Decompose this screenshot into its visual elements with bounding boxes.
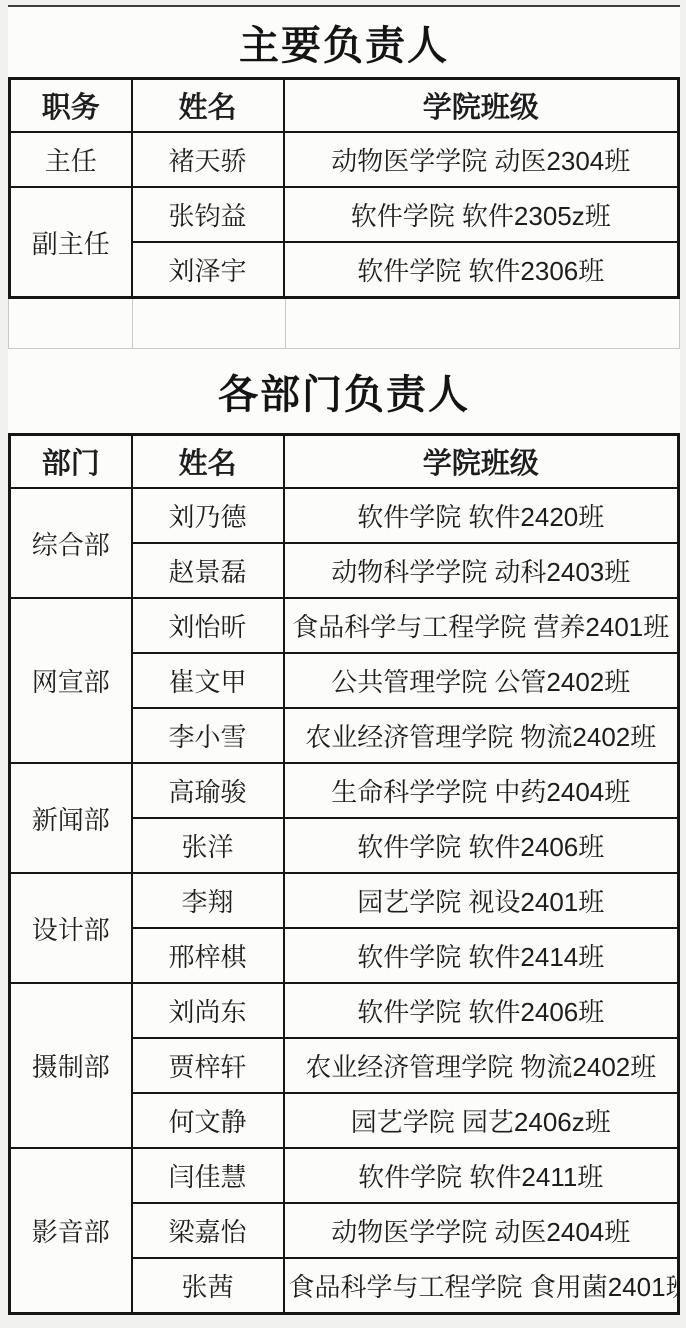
college-class-cell: 动物科学学院 动科2403班 (284, 543, 679, 598)
name-cell: 刘泽宇 (132, 242, 284, 298)
table-row: 综合部 刘乃德 软件学院 软件2420班 (10, 488, 679, 543)
college-class-cell: 园艺学院 园艺2406z班 (284, 1093, 679, 1148)
college-class-cell: 农业经济管理学院 物流2402班 (284, 708, 679, 763)
table-row: 摄制部 刘尚东 软件学院 软件2406班 (10, 983, 679, 1038)
table-row: 副主任 张钧益 软件学院 软件2305z班 (10, 187, 679, 242)
main-table-title: 主要负责人 (8, 7, 680, 77)
name-cell: 崔文甲 (132, 653, 284, 708)
name-cell: 梁嘉怡 (132, 1203, 284, 1258)
column-header-name: 姓名 (132, 79, 284, 133)
college-class-cell: 软件学院 软件2306班 (284, 242, 679, 298)
college-class-cell: 动物医学学院 动医2304班 (284, 132, 679, 187)
department-cell: 影音部 (10, 1148, 132, 1314)
name-cell: 高瑜骏 (132, 763, 284, 818)
table-row: 新闻部 高瑜骏 生命科学学院 中药2404班 (10, 763, 679, 818)
table-row: 主任 褚天骄 动物医学学院 动医2304班 (10, 132, 679, 187)
table-row: 网宣部 刘怡昕 食品科学与工程学院 营养2401班 (10, 598, 679, 653)
college-class-cell: 公共管理学院 公管2402班 (284, 653, 679, 708)
name-cell: 张钧益 (132, 187, 284, 242)
main-table-header-row: 职务 姓名 学院班级 (10, 79, 679, 133)
name-cell: 何文静 (132, 1093, 284, 1148)
college-class-cell: 软件学院 软件2406班 (284, 818, 679, 873)
college-class-cell: 软件学院 软件2406班 (284, 983, 679, 1038)
department-table-title: 各部门负责人 (8, 349, 680, 433)
column-header-role: 职务 (10, 79, 132, 133)
name-cell: 贾梓轩 (132, 1038, 284, 1093)
name-cell: 张洋 (132, 818, 284, 873)
department-cell: 新闻部 (10, 763, 132, 873)
name-cell: 邢梓棋 (132, 928, 284, 983)
department-cell: 网宣部 (10, 598, 132, 763)
name-cell: 李小雪 (132, 708, 284, 763)
department-table: 部门 姓名 学院班级 综合部 刘乃德 软件学院 软件2420班 赵景磊 动物科学… (8, 433, 680, 1315)
name-cell: 闫佳慧 (132, 1148, 284, 1203)
name-cell: 褚天骄 (132, 132, 284, 187)
college-class-cell: 软件学院 软件2420班 (284, 488, 679, 543)
main-table: 职务 姓名 学院班级 主任 褚天骄 动物医学学院 动医2304班 副主任 张钧益… (8, 77, 680, 299)
college-class-cell: 软件学院 软件2305z班 (284, 187, 679, 242)
column-header-college-class: 学院班级 (284, 435, 679, 489)
college-class-cell: 食品科学与工程学院 营养2401班 (284, 598, 679, 653)
name-cell: 刘乃德 (132, 488, 284, 543)
empty-cell (9, 299, 133, 348)
department-table-header-row: 部门 姓名 学院班级 (10, 435, 679, 489)
college-class-cell: 动物医学学院 动医2404班 (284, 1203, 679, 1258)
college-class-cell: 软件学院 软件2411班 (284, 1148, 679, 1203)
column-header-name: 姓名 (132, 435, 284, 489)
column-header-college-class: 学院班级 (284, 79, 679, 133)
role-cell: 副主任 (10, 187, 132, 298)
department-cell: 综合部 (10, 488, 132, 598)
name-cell: 赵景磊 (132, 543, 284, 598)
college-class-cell: 园艺学院 视设2401班 (284, 873, 679, 928)
document-sheet: 主要负责人 职务 姓名 学院班级 主任 褚天骄 动物医学学院 动医2304班 副… (0, 0, 686, 1315)
empty-row (8, 299, 680, 349)
college-class-cell: 农业经济管理学院 物流2402班 (284, 1038, 679, 1093)
table-row: 影音部 闫佳慧 软件学院 软件2411班 (10, 1148, 679, 1203)
name-cell: 李翔 (132, 873, 284, 928)
role-cell: 主任 (10, 132, 132, 187)
table-row: 设计部 李翔 园艺学院 视设2401班 (10, 873, 679, 928)
department-cell: 摄制部 (10, 983, 132, 1148)
name-cell: 刘怡昕 (132, 598, 284, 653)
college-class-cell: 食品科学与工程学院 食用菌2401班 (284, 1258, 679, 1314)
empty-cell (133, 299, 286, 348)
empty-cell (286, 299, 679, 348)
name-cell: 刘尚东 (132, 983, 284, 1038)
name-cell: 张茜 (132, 1258, 284, 1314)
college-class-cell: 软件学院 软件2414班 (284, 928, 679, 983)
department-cell: 设计部 (10, 873, 132, 983)
column-header-department: 部门 (10, 435, 132, 489)
college-class-cell: 生命科学学院 中药2404班 (284, 763, 679, 818)
